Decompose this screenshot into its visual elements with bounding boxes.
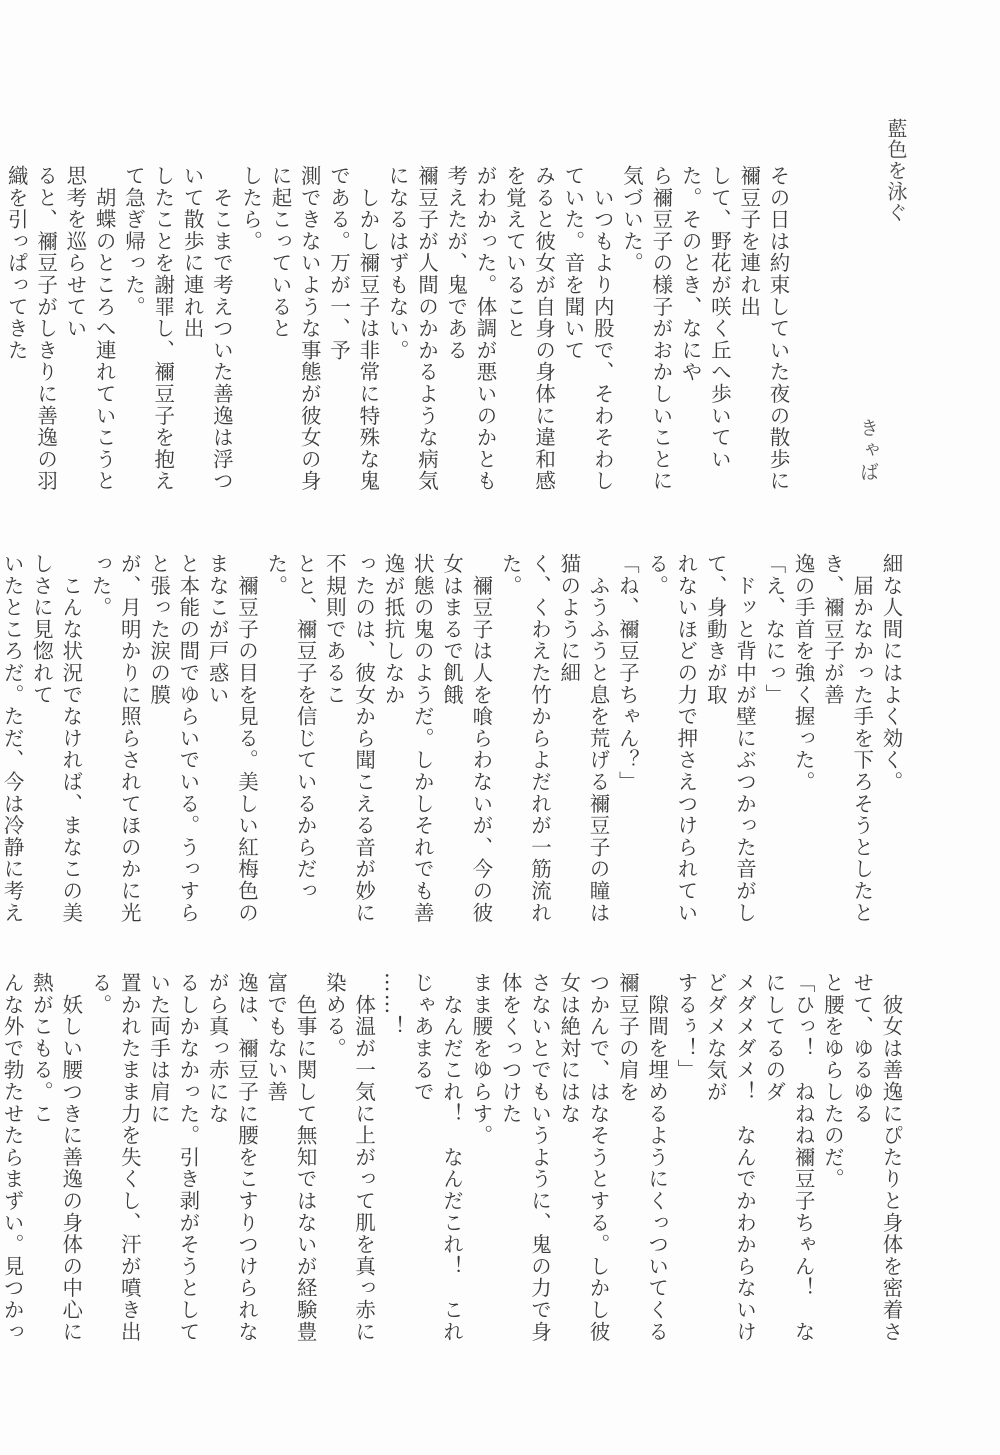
book-page: 藍色を泳ぐ きゃば その日は約束していた夜の散歩に禰豆子を連れ出して、野花が咲く… [0,0,1000,1455]
text-block-bottom: 彼女は善逸にぴたりと身体を密着させて、ゆるゆると腰をゆらしたのだ。「ひっ！ ねね… [0,972,905,1352]
story-title: 藍色を泳ぐ [882,118,911,223]
text-line: ふうふうと息を荒げる禰豆子の瞳は猫のように細 [553,553,612,928]
text-line: 体温が一気に上がって肌を真っ赤に染める。 [319,972,378,1352]
text-line: と腰をゆらしたのだ。 [817,972,846,1352]
text-line: が、月明かりに照らされてほのかに光った。 [85,553,144,928]
text-line: ら禰豆子の様子がおかしいことに気づいた。 [616,165,675,510]
text-line: 測できないような事態が彼女の身に起こっていると [265,165,324,510]
text-line: いたところだ。ただ、今は冷静に考えなければならな [0,553,26,928]
text-line: 色事に関して無知ではないが経験豊富でもない善 [260,972,319,1352]
text-line: るしかなかった。引き剥がそうとしていた両手は肩に [143,972,202,1352]
text-line: 禰豆子が人間のかかるような病気になるはずもない。 [382,165,441,510]
text-line: と本能の間でゆらいでいる。うっすらと張った涙の膜 [143,553,202,928]
text-line: したら。 [235,165,264,510]
text-block-top: その日は約束していた夜の散歩に禰豆子を連れ出して、野花が咲く丘へ歩いていた。その… [0,165,792,510]
text-line: 状態の鬼のようだ。しかしそれでも善逸が抵抗しなか [378,553,437,928]
text-line: して、野花が咲く丘へ歩いていた。そのとき、なにや [675,165,734,510]
text-block-middle: 細な人間にはよく効く。 届かなかった手を下ろそうとしたとき、禰豆子が善逸の手首を… [0,553,905,928]
text-line: いつもより内股で、そわそわしていた。音を聞いて [558,165,617,510]
text-line: するぅ！」 [671,972,700,1352]
text-line: 逸は、禰豆子に腰をこすりつけられながら真っ赤にな [202,972,261,1352]
text-line: ので足を止める。 [0,165,1,510]
text-line: 「ひっ！ ねねね禰豆子ちゃん！ なにしてるのダ [759,972,818,1352]
text-line: く、くわえた竹からよだれが一筋流れた。 [495,553,554,928]
text-line: まま腰をゆらす。 [466,972,495,1352]
text-line: んな外で勃たせたらまずい。見つかったらなんて言い [0,972,26,1352]
text-line: 届かなかった手を下ろそうとしたとき、禰豆子が善 [817,553,876,928]
text-line: こんな状況でなければ、まなこの美しさに見惚れて [26,553,85,928]
text-line: つかんで、はなそうとする。しかし彼女は絶対にはな [553,972,612,1352]
text-line: 「ね、禰豆子ちゃん？」 [612,553,641,928]
text-line: がわかった。体調が悪いのかとも考えたが、鬼である [440,165,499,510]
text-line: その日は約束していた夜の散歩に禰豆子を連れ出 [733,165,792,510]
text-line: ……！ [378,972,407,1352]
text-line: とと、禰豆子を信じているからだった。 [260,553,319,928]
text-line: みると彼女が自身の身体に違和感を覚えていること [499,165,558,510]
text-line: 「え、なにっ」 [759,553,788,928]
text-line: 細な人間にはよく効く。 [876,553,905,928]
text-line: したことを謝罪し、禰豆子を抱えて急ぎ帰った。 [118,165,177,510]
text-line: 胡蝶のところへ連れていこうと思考を巡らせてい [60,165,119,510]
text-line: 逸の手首を強く握った。 [788,553,817,928]
text-line: ドッと背中が壁にぶつかった音がして、身動きが取 [700,553,759,928]
text-line: なんだこれ！ なんだこれ！ これじゃあまるで [407,972,466,1352]
text-line: ると、禰豆子がしきりに善逸の羽織を引っぱってきた [1,165,60,510]
text-line: 禰豆子は人を喰らわないが、今の彼女はまるで飢餓 [436,553,495,928]
text-line: ったのは、彼女から聞こえる音が妙に不規則であるこ [319,553,378,928]
text-line: 隙間を埋めるようにくっついてくる禰豆子の肩を [612,972,671,1352]
text-line: そこまで考えついた善逸は浮ついて散歩に連れ出 [177,165,236,510]
author-name: きゃば [855,418,882,484]
text-line: 禰豆子の目を見る。美しい紅梅色のまなこが戸惑い [202,553,261,928]
text-line: しかし禰豆子は非常に特殊な鬼である。万が一、予 [323,165,382,510]
text-line: れないほどの力で押さえつけられている。 [641,553,700,928]
text-line: さないとでもいうように、鬼の力で身体をくっつけた [495,972,554,1352]
text-line: 妖しい腰つきに善逸の身体の中心に熱がこもる。こ [26,972,85,1352]
text-line: 置かれたまま力を失くし、汗が噴き出る。 [85,972,144,1352]
text-line: メダメダメ！ なんでかわからないけどダメな気が [700,972,759,1352]
text-line: 彼女は善逸にぴたりと身体を密着させて、ゆるゆる [846,972,905,1352]
